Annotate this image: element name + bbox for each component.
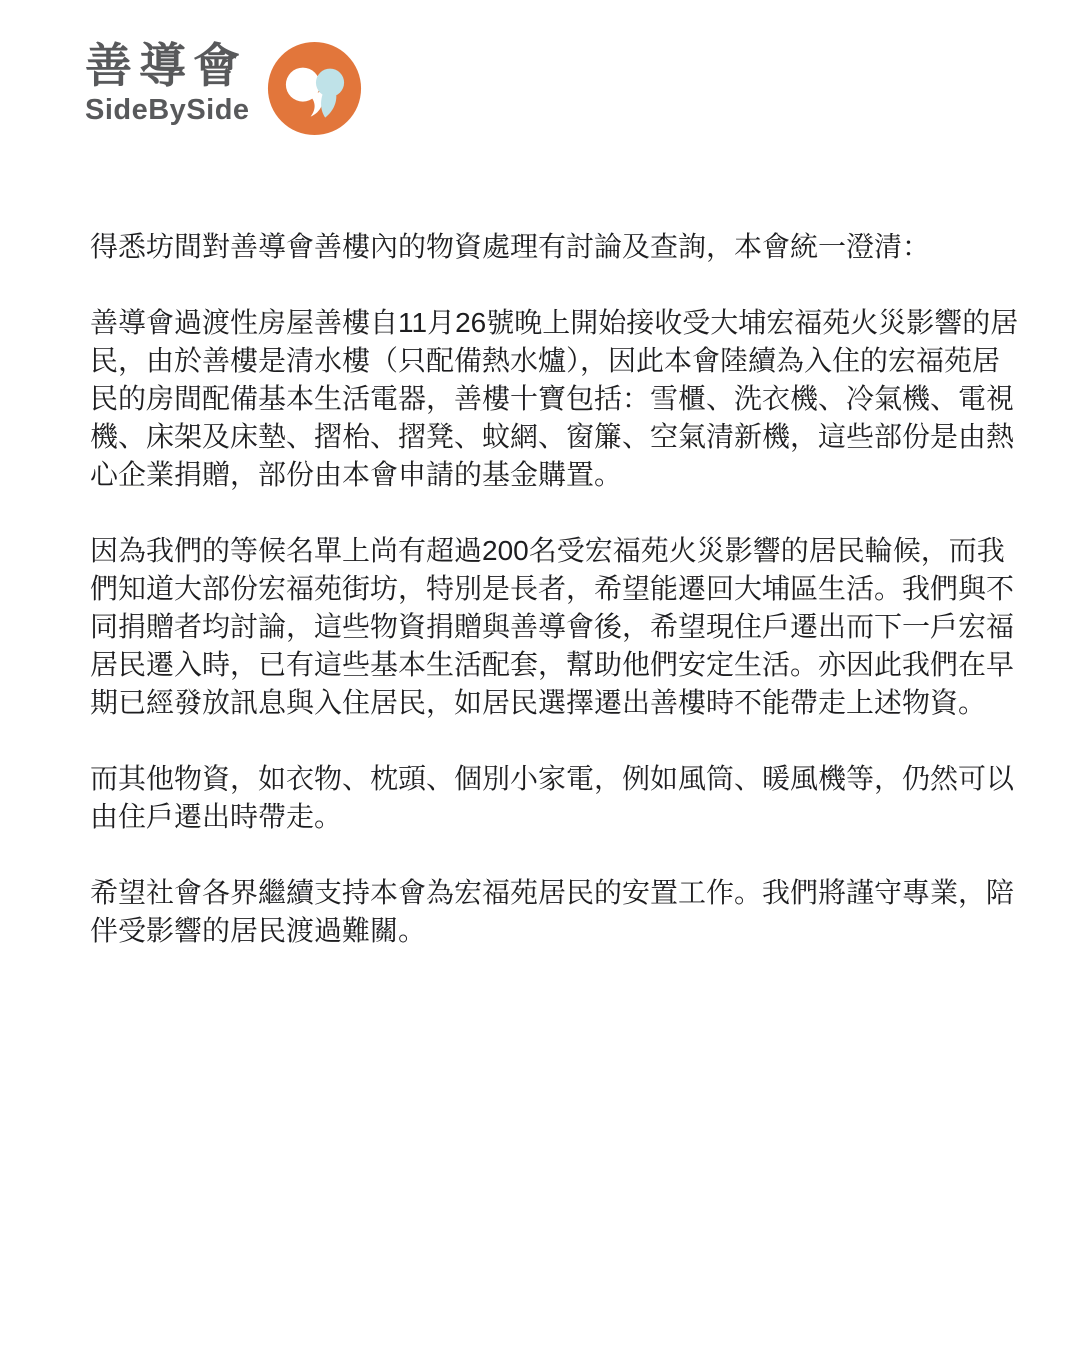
statement-page: 善導會 SideBySide 得悉坊間對善導會善樓內的物資處理有討論及查詢，本會… [0,0,1080,1350]
statement-paragraph-intro: 得悉坊間對善導會善樓內的物資處理有討論及查詢，本會統一澄清： [90,228,1040,266]
statement-paragraph-closing: 希望社會各界繼續支持本會為宏福苑居民的安置工作。我們將謹守專業，陪 伴受影響的居… [90,874,1040,950]
statement-paragraph-other-items: 而其他物資，如衣物、枕頭、個別小家電，例如風筒、暖風機等，仍然可以 由住戶遷出時… [90,760,1040,836]
statement-paragraph-appliances: 善導會過渡性房屋善樓自11月26號晚上開始接收受大埔宏福苑火災影響的居 民，由於… [90,304,1040,494]
sidebyside-quotes-logo-icon [266,40,363,137]
org-logo-text: 善導會 SideBySide [85,38,250,125]
statement-body: 得悉坊間對善導會善樓內的物資處理有討論及查詢，本會統一澄清： 善導會過渡性房屋善… [90,228,1040,988]
org-name-chinese: 善導會 [85,38,250,93]
statement-paragraph-waitlist: 因為我們的等候名單上尚有超過200名受宏福苑火災影響的居民輪候，而我 們知道大部… [90,532,1040,722]
org-logo: 善導會 SideBySide [85,38,363,137]
org-name-english: SideBySide [85,96,250,125]
